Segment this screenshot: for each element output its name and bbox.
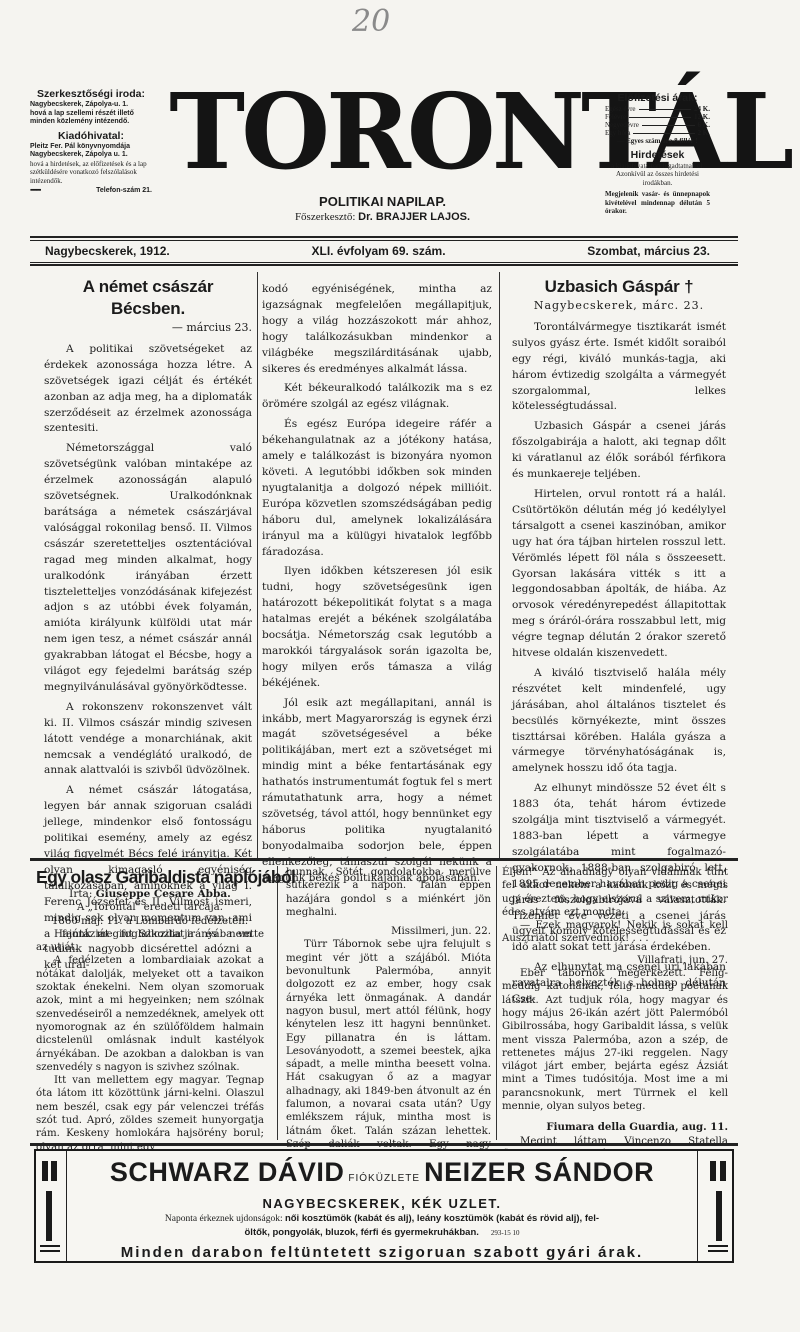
diary-paragraph: — Ezek magyarok! Nekik is sokat kell Aus… <box>502 919 728 946</box>
editorial-office-title: Szerkesztőségi iroda: <box>30 88 152 101</box>
publisher-note: hová a hirdetések, az előfizetések és a … <box>30 160 152 186</box>
ad-decorative-bar <box>710 1161 716 1181</box>
feuilleton-headline: Egy olasz Garibaldista naplójából <box>36 866 264 888</box>
publisher-name: Pleitz Fer. Pál könyvnyomdája <box>30 143 130 150</box>
author-label: Irta: <box>69 888 92 900</box>
masthead-rule-top-thin <box>30 240 738 241</box>
ad-footer: Minden darabon feltüntetett szigoruan sz… <box>67 1242 697 1264</box>
column-divider <box>496 866 497 1140</box>
diary-paragraph: hunnak. Sötét gondolatokba merülve sütké… <box>286 866 491 919</box>
ad-rule <box>30 1143 738 1146</box>
ad-decorative-bar <box>42 1161 48 1181</box>
article-paragraph: A kiváló tisztviselő halála mély részvét… <box>512 666 726 777</box>
article-paragraph: A politikai szövetségeket az érdekek azo… <box>44 342 252 437</box>
subscription-box: Előfizetési árak: Egész évre24 K. Félévr… <box>605 92 710 216</box>
single-copy-price: — Egyes szám ára 8 fillér ! <box>605 137 710 146</box>
handwritten-page-number: 20 <box>352 4 390 39</box>
ad-line-prefix: Naponta érkeznek ujdonságok: <box>165 1214 283 1224</box>
article-paragraph: És egész Európa idegeire ráfér a békehan… <box>262 417 492 560</box>
volume-issue: XLI. évfolyam 69. szám. <box>311 244 445 258</box>
diary-paragraph: Itt van mellettem egy magyar. Tegnap óta… <box>36 1074 264 1154</box>
subscription-title: Előfizetési árak: <box>605 92 710 105</box>
column-divider <box>499 272 500 858</box>
paper-type: POLITIKAI NAPILAP. <box>250 194 515 210</box>
issue-date: Szombat, március 23. <box>587 244 710 258</box>
publisher-office-title: Kiadóhivatal: <box>30 130 152 143</box>
feuilleton-column-3: Éljen!" Az alhadnagy olyan vidámnak tünt… <box>502 866 728 1175</box>
article-paragraph: Torontálvármegye tisztikarát ismét sulyo… <box>512 320 726 415</box>
advertisement-box: SCHWARZ DÁVIDFIÓKÜZLETENEIZER SÁNDOR NAG… <box>34 1149 734 1263</box>
newspaper-page: 20 Szerkesztőségi iroda: Nagybecskerek, … <box>0 0 800 1332</box>
diary-entry-heading: Fiumara della Guardia, aug. 11. <box>502 1121 728 1134</box>
author-name: Giuseppe Cesare Abba. <box>96 888 231 900</box>
ad-shop-name: SCHWARZ DÁVID <box>110 1157 345 1187</box>
article-paragraph: kodó egyéniségének, mintha az igazságnak… <box>262 282 492 377</box>
publication-schedule: Megjelenik vasár- és ünnepnapok kivételé… <box>605 190 710 216</box>
ad-connector: FIÓKÜZLETE <box>348 1173 420 1184</box>
price-row: Egész évre24 K. <box>605 105 710 113</box>
diary-entry-heading: Missilmeri, jun. 22. <box>286 925 491 938</box>
article-paragraph: Két békeuralkodó találkozik ma s ez öröm… <box>262 381 492 413</box>
diary-paragraph: Eber tábornok megérkezett. Félig-meddig … <box>502 967 728 1113</box>
ad-city: NAGYBECSKEREK, KÉK UZLET. <box>67 1196 697 1212</box>
ads-note: a kiadóhivatalban fogadtatnak el. Azonkí… <box>605 162 710 188</box>
newspaper-title: TORONTÁL <box>169 78 590 186</box>
diary-paragraph: A fedélzeten a lombardiaiak azokat a nót… <box>36 954 264 1074</box>
ad-decorative-bar <box>708 1245 728 1247</box>
price-row: Félévre12 K. <box>605 113 710 121</box>
editor-label: Főszerkesztő: <box>295 211 355 223</box>
ad-decorative-bar <box>716 1191 722 1241</box>
article-date: — március 23. <box>44 320 252 336</box>
dateline-rule-bottom-thick <box>30 264 738 266</box>
dateline: Nagybecskerek, 1912. XLI. évfolyam 69. s… <box>45 244 710 258</box>
article-paragraph: Németországgal való szövetségünk valóban… <box>44 441 252 696</box>
ad-decorative-bar <box>46 1191 52 1241</box>
phone-number: Telefon-szám 21. <box>96 187 152 194</box>
article-headline: A német császár Bécsben. <box>44 276 252 320</box>
ad-line-items: női kosztümök (kabát és alj), leány kosz… <box>285 1213 599 1224</box>
ad-owner-name: NEIZER SÁNDOR <box>424 1157 654 1187</box>
place-year: Nagybecskerek, 1912. <box>45 244 170 258</box>
article-paragraph: Hirtelen, orvul rontott rá a halál. Csüt… <box>512 487 726 662</box>
dateline-rule-bottom <box>30 262 738 263</box>
article-paragraph: A rokonszenv rokonszenvet vált ki. II. V… <box>44 700 252 780</box>
diary-paragraph: Éljen!" Az alhadnagy olyan vidámnak tünt… <box>502 866 728 919</box>
ad-decorative-bar <box>51 1161 57 1181</box>
article-paragraph: Uzbasich Gáspár a csenei járás főszolgab… <box>512 419 726 483</box>
editor-name: Dr. BRAJJER LAJOS. <box>358 211 470 223</box>
ad-code: 293-15 10 <box>491 1229 520 1237</box>
ad-line-2: öltők, pongyolák, bluzok, férfi és gyerm… <box>245 1227 479 1238</box>
diary-entry-heading: 1860 máj. 11. a Lombardó fedélzetén. <box>36 915 264 928</box>
diary-paragraph: Hajónk megint Sziczilia irányába vette a… <box>36 928 264 955</box>
price-row: Egy hóra2 K. <box>605 129 710 137</box>
ad-decorative-bar <box>720 1161 726 1181</box>
article-german-emperor-continued: kodó egyéniségének, mintha az igazságnak… <box>262 282 492 891</box>
article-headline: Uzbasich Gáspár † <box>512 276 726 298</box>
ad-decorative-bar <box>40 1250 60 1252</box>
price-row: Negyedévre6 K. <box>605 121 710 129</box>
publisher-address: Nagybecskerek, Zápolya u. 1. <box>30 151 128 158</box>
diary-entry-heading: Villafrati, jun. 27. <box>502 954 728 967</box>
feuilleton-rule <box>30 858 738 861</box>
column-divider <box>257 272 258 858</box>
editorial-address: Nagybecskerek, Zápolya-u. 1. <box>30 101 128 108</box>
column-divider <box>277 866 278 1140</box>
article-dateline: Nagybecskerek, márc. 23. <box>512 298 726 314</box>
ad-decorative-bar <box>40 1245 60 1247</box>
decorative-squares: ▪▪▪▪▪▪▪ <box>30 187 40 196</box>
editorial-info-box: Szerkesztőségi iroda: Nagybecskerek, Záp… <box>30 88 152 196</box>
feuilleton-column-1: Egy olasz Garibaldista naplójából Irta: … <box>36 866 264 1154</box>
ads-title: Hirdetések <box>605 149 710 162</box>
editorial-note: hová a lap szellemi részét illető minden… <box>30 110 152 127</box>
masthead-rule-top <box>30 236 738 238</box>
feuilleton-note: A „Torontál" eredeti tárcája. <box>36 901 264 914</box>
article-paragraph: Ilyen időkben kétszeresen jól esik tudni… <box>262 564 492 691</box>
masthead-subtitle: POLITIKAI NAPILAP. Főszerkesztő: Dr. BRA… <box>250 194 515 224</box>
ad-decorative-bar <box>708 1250 728 1252</box>
